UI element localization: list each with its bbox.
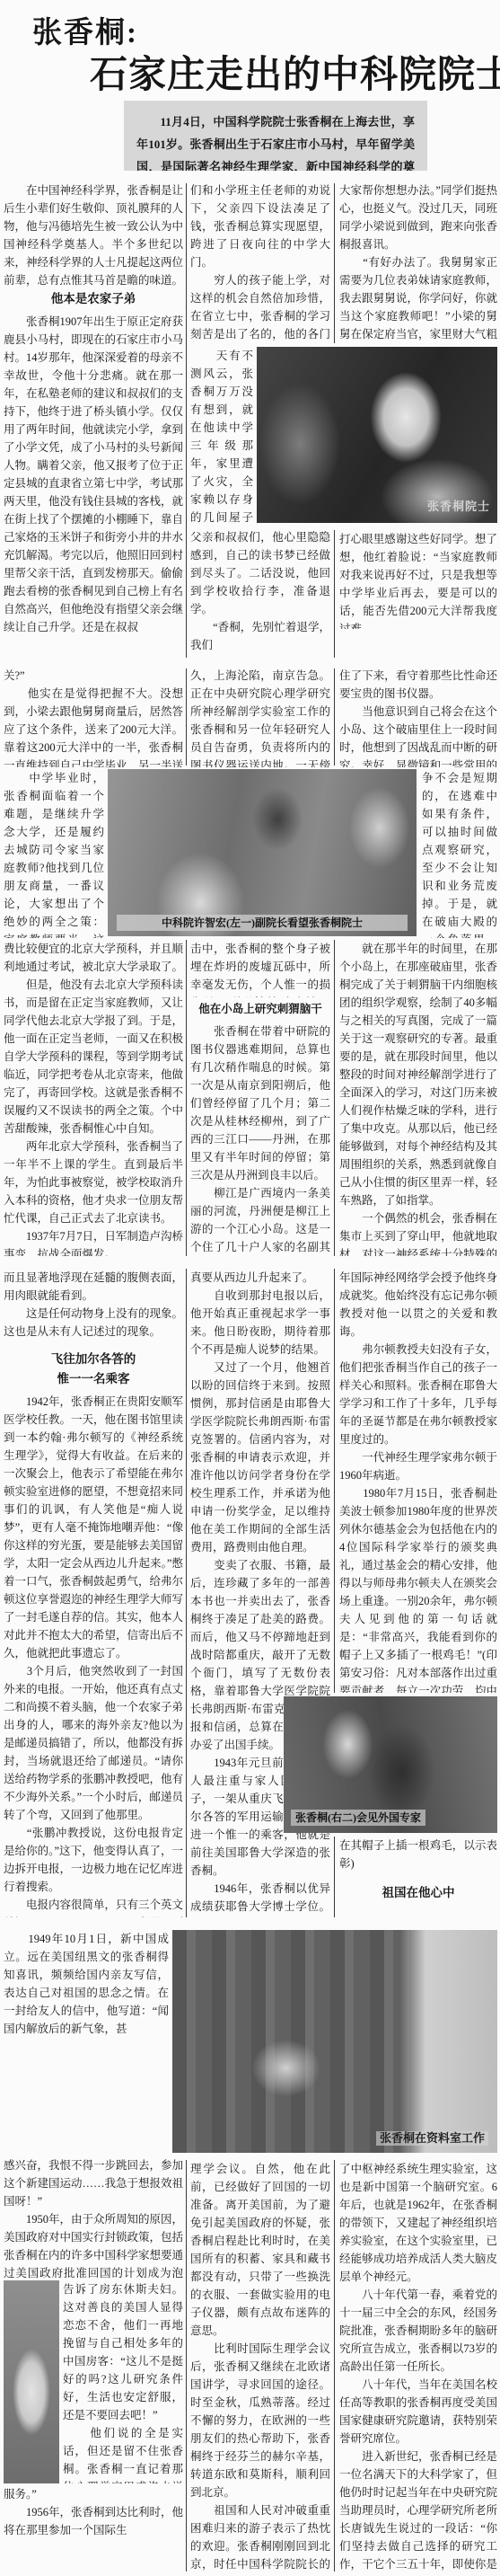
article-paragraph-block: 而且显著地浮现在延髓的腹侧表面，用肉眼就能看到。 这是任何动物身上没有的现象。这… <box>4 1269 183 1348</box>
column-divider <box>334 183 335 343</box>
photo-lab-coat <box>4 2280 59 2483</box>
column-divider <box>186 2160 187 2572</box>
column-divider <box>334 1837 335 1917</box>
article-paragraph-block: 在中国神经科学界，张香桐是让后生小辈们好生敬仰、顶礼膜拜的人物，他与冯德培先生被… <box>4 181 183 288</box>
article-paragraph-block: 张香桐在带着中研院的图书仪器逃难期间，总算也有几次稍作喘息的时候。第一次是从南京… <box>190 1022 330 1256</box>
article-paragraph-block: 告诉了房东休斯夫妇。这对善良的美国人显得恋恋不舍，他们一再地挽留与自己相处多年的… <box>63 2280 183 2483</box>
article-paragraph-block: 感兴奋，我恨不得一步跳回去，参加这个新建国运动……我急于想报效祖国呀！” 195… <box>4 2156 183 2279</box>
column-divider <box>186 183 187 658</box>
article-paragraph-block: 关?” 他实在是觉得把握不大。没想到，小梁去跟他舅舅商量后，居然答应了这个条件，… <box>4 667 183 767</box>
article-paragraph-block: 费比较便宜的北京大学预科，并且顺利地通过考试，被北京大学录取了。 但是，他没有去… <box>4 940 183 1256</box>
photo-zhang-xiangtong-portrait: 张香桐院士 <box>257 347 497 523</box>
photo-cas-president-visit: 中科院许智宏(左一)副院长看望张香桐院士 <box>108 769 417 936</box>
article-paragraph-block: 久，上海沦陷，南京告急。正在中央研究院心理学研究所神经解剖学实验室工作的张香桐和… <box>190 667 330 767</box>
article-paragraph-block: 就在那半年的时间里，在那个小岛上，在那座破庙里，张香桐完成了关于刺猬脑干内细胞核… <box>339 940 497 1256</box>
column-divider <box>334 2160 335 2572</box>
photo-caption: 张香桐在资料室工作 <box>376 2131 488 2146</box>
column-divider <box>186 940 187 1256</box>
photo-caption: 张香桐(右二)会见外国专家 <box>291 1810 425 1826</box>
article-paragraph-block: 了中枢神经系统生理实验室，这也是新中国第一个脑研究室。6年后，也就是1962年，… <box>339 2160 497 2572</box>
section-heading-motherland: 祖国在他心中 <box>339 1883 497 1905</box>
article-paragraph-block: 在其帽子上插一根鸡毛，以示表彰) <box>339 1837 497 1876</box>
article-paragraph-block: 大家帮你想想办法。”同学们挺热心，也挺义气。没过几天，同班同学小梁说到做到，跑来… <box>339 181 497 345</box>
article-paragraph-block: 张香桐1907年出生于原正定府获鹿县小马村，即现在的石家庄市小马村。14岁那年，… <box>4 313 183 658</box>
article-paragraph-block: 1949年10月1日，新中国成立。远在美国纽黑文的张香桐得知喜讯，频频给国内亲友… <box>4 1930 169 2153</box>
article-paragraph-block: 击中，张香桐的整个身子被埋在炸坍的废墟瓦砾中，所幸毫发无伤，个人惟一的损失是一副… <box>190 940 330 997</box>
photo-caption: 中科院许智宏(左一)副院长看望张香桐院士 <box>117 915 408 931</box>
column-divider <box>186 1269 187 1917</box>
section-heading-farm-boy: 他本是农家子弟 <box>4 289 183 311</box>
page-title-main: 石家庄走出的中科院院士 <box>90 45 500 99</box>
section-heading-calcutta: 飞往加尔各答的 惟一一名乘客 <box>4 1350 183 1389</box>
photo-caption: 张香桐院士 <box>427 500 490 514</box>
article-paragraph-block: 天有不测风云，张香桐万万没有想到，就在他读中学三年级那年，家里遭了火灾，全家赖以… <box>190 347 253 525</box>
article-paragraph-block: 年国际神经网络学会授予他终身成就奖。他始终没有忘记弗尔顿教授对他一以贯之的关爱和… <box>339 1269 497 1693</box>
article-paragraph-block: 打心眼里感谢这些好同学。想了想，他红着脸说：“当家庭教师对我来说再好不过，只是我… <box>339 530 497 629</box>
article-paragraph-block: 服务。” 1956年，张香桐到达比利时，他将在那里参加一个国际生 <box>4 2485 183 2568</box>
article-paragraph-block: 父亲和叔叔们，他心里隐隐感到，自己的读书梦已经做到尽头了。二话没说，他回到学校收… <box>190 528 330 658</box>
newspaper-page: 张香桐: 石家庄走出的中科院院士 11月4日，中国科学院院士张香桐在上海去世，享… <box>0 0 500 2576</box>
article-paragraph-block: 们和小学班主任老师的劝说下，父亲四下设法凑足了钱，张香桐总算实现愿望，跨进了日夜… <box>190 181 330 345</box>
photo-meeting-foreign-experts: 张香桐(右二)会见外国专家 <box>284 1696 497 1833</box>
section-heading-island: 他在小岛上研究刺猬脑干 <box>190 999 330 1019</box>
article-paragraph-block: 理学会议。自然，他在此前，已经做好了回国的一切准备。离开美国前，为了避免引起美国… <box>190 2160 330 2572</box>
article-paragraph-block: 住了下来，看守着那些比性命还要宝贵的图书仪器。 当他意识到自己将会在这个小岛、这… <box>339 667 497 767</box>
column-divider <box>334 940 335 1256</box>
column-divider <box>186 668 187 766</box>
column-divider <box>334 530 335 658</box>
photo-working-in-reference-room: 张香桐在资料室工作 <box>172 1930 497 2153</box>
column-divider <box>334 1269 335 1693</box>
article-paragraph-block: 中学毕业时，张香桐面临着一个难题，是继续升学念大学，还是履约去城防司令家当家庭教… <box>4 769 104 938</box>
intro-summary-box: 11月4日，中国科学院院士张香桐在上海去世，享年101岁。张香桐出生于石家庄市小… <box>124 101 427 171</box>
article-paragraph-block: 1942年，张香桐正在贵阳安顺军医学校任教。一天，他在图书馆里读到一本约翰·弗尔… <box>4 1393 183 1917</box>
article-paragraph-block: 争不会是短期的，在逃难中如果有条件，可以抽时间做点观察研究，至少不会让知识和业务… <box>422 769 497 938</box>
column-divider <box>334 668 335 766</box>
